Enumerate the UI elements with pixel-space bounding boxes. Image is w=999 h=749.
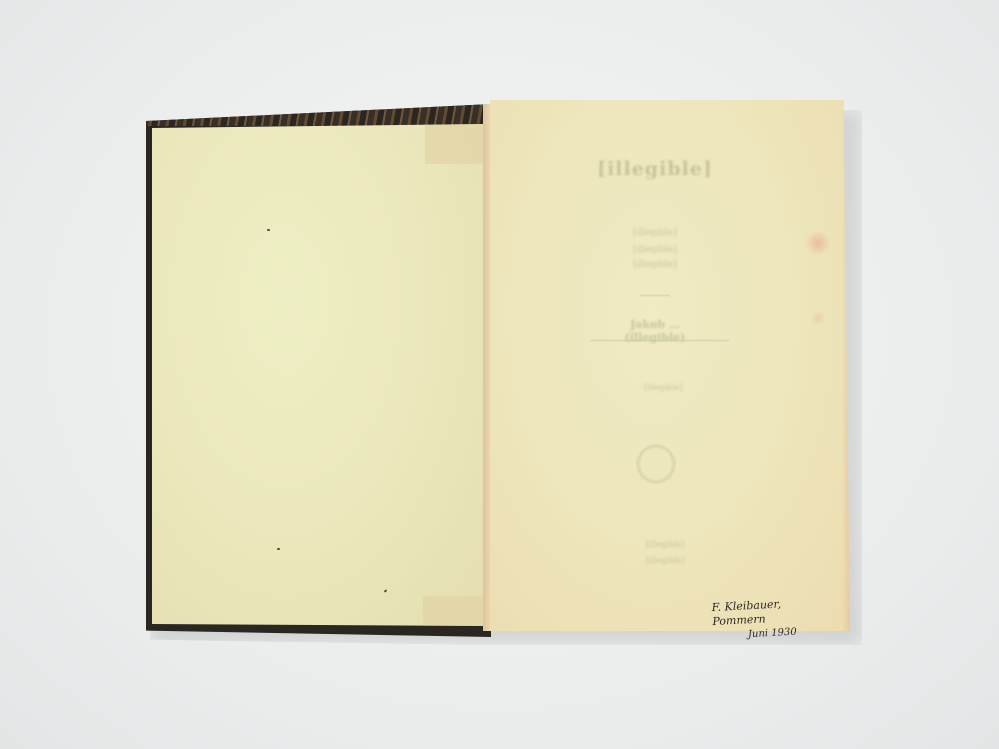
cover-turn-in-top	[425, 124, 483, 164]
edition-line: [illegible]	[548, 383, 778, 392]
marbled-edge	[146, 104, 491, 126]
divider-rule	[640, 295, 670, 296]
handwritten-inscription: F. Kleibauer, Pommern Juni 1930	[712, 598, 832, 640]
foxing-spot	[805, 230, 831, 256]
subtitle-line: [illegible]	[560, 245, 750, 255]
imprint-line: [illegible]	[590, 540, 740, 549]
inscription-line-2: Juni 1930	[748, 624, 833, 642]
subtitle-line: [illegible]	[560, 260, 750, 270]
photo-scene: [illegible] [illegible] [illegible] [ill…	[0, 0, 999, 749]
publisher-emblem-icon	[637, 445, 675, 483]
divider-rule	[590, 340, 730, 341]
speck	[267, 229, 270, 231]
speck	[384, 589, 388, 592]
speck	[277, 548, 280, 550]
subtitle-line: [illegible]	[560, 228, 750, 238]
imprint-line: [illegible]	[590, 556, 740, 565]
title-text: [illegible]	[520, 158, 790, 180]
cover-turn-in-bottom	[423, 596, 483, 626]
pastedown-left-page	[152, 124, 483, 626]
foxing-spot	[810, 310, 826, 326]
